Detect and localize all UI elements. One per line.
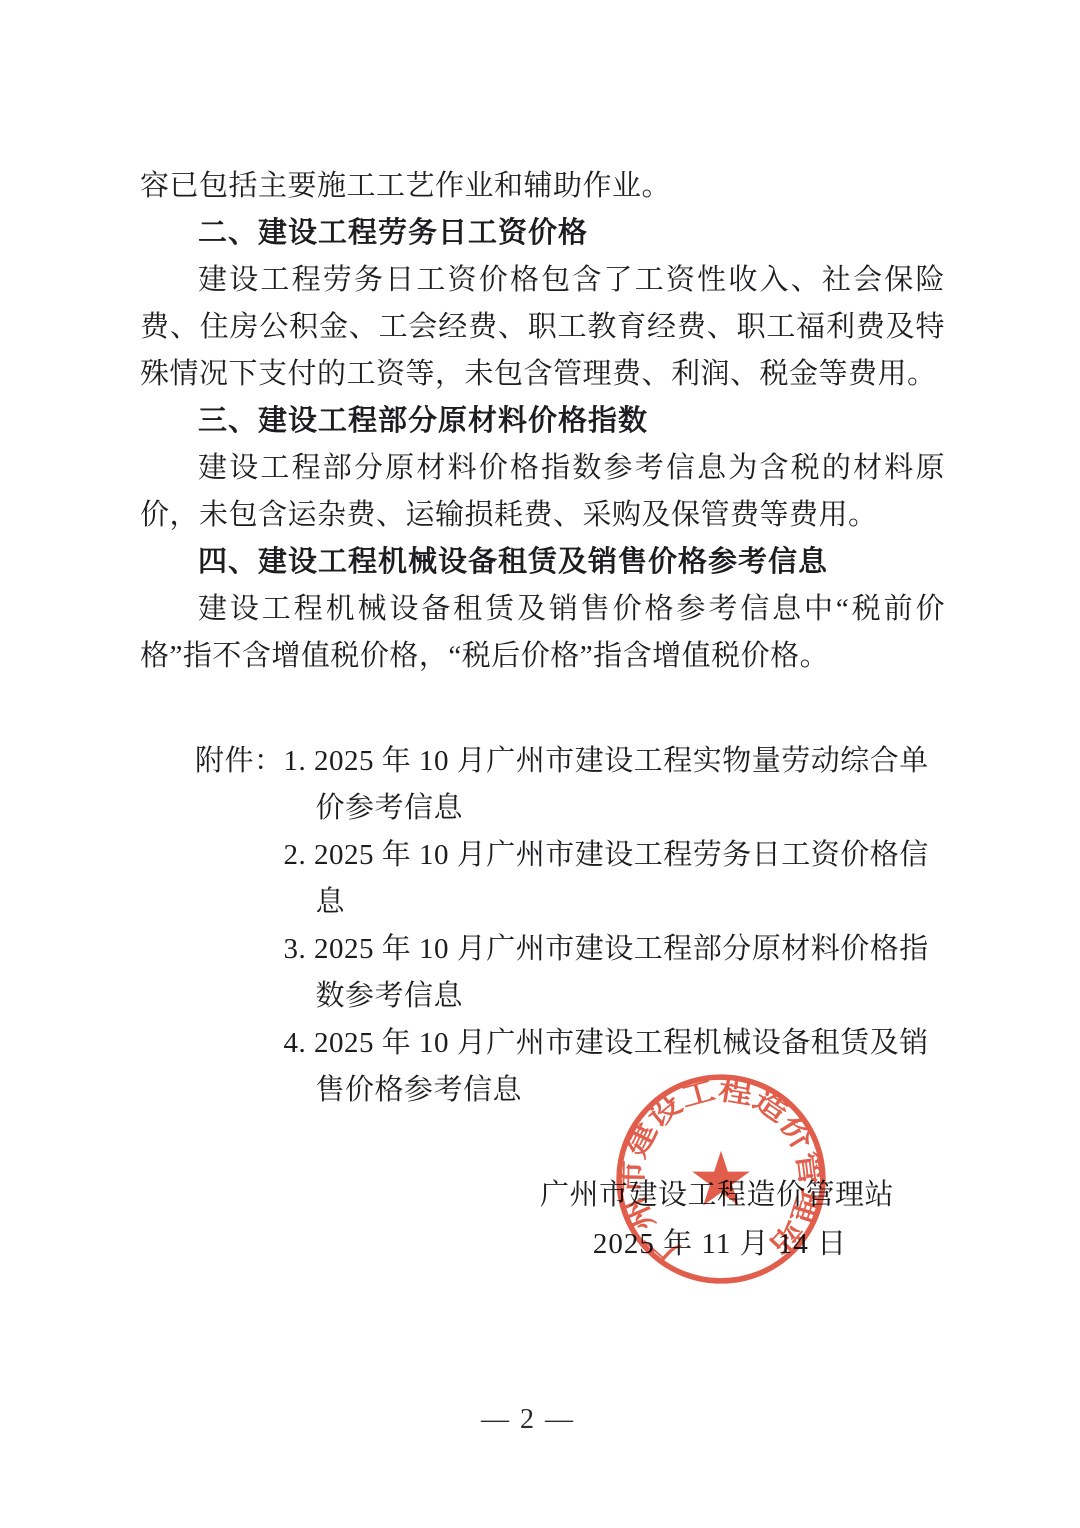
attachment-item-1: 1. 2025 年 10 月广州市建设工程实物量劳动综合单价参考信息 [284, 738, 945, 832]
document-body: 容已包括主要施工工艺作业和辅助作业。 二、建设工程劳务日工资价格 建设工程劳务日… [140, 163, 945, 1114]
page-number: — 2 — [0, 1404, 1068, 1436]
attachments-label: 附件： [195, 738, 284, 1114]
section-2-paragraph: 建设工程劳务日工资价格包含了工资性收入、社会保险费、住房公积金、工会经费、职工教… [140, 257, 945, 398]
section-2-heading: 二、建设工程劳务日工资价格 [140, 210, 945, 257]
attachments-list: 1. 2025 年 10 月广州市建设工程实物量劳动综合单价参考信息 2. 20… [284, 738, 945, 1114]
section-4-heading: 四、建设工程机械设备租赁及销售价格参考信息 [140, 539, 945, 586]
attachments-block: 附件： 1. 2025 年 10 月广州市建设工程实物量劳动综合单价参考信息 2… [140, 738, 945, 1114]
section-3-paragraph: 建设工程部分原材料价格指数参考信息为含税的材料原价，未包含运杂费、运输损耗费、采… [140, 445, 945, 539]
attachment-item-3: 3. 2025 年 10 月广州市建设工程部分原材料价格指数参考信息 [284, 926, 945, 1020]
attachment-item-2: 2. 2025 年 10 月广州市建设工程劳务日工资价格信息 [284, 832, 945, 926]
section-3-heading: 三、建设工程部分原材料价格指数 [140, 398, 945, 445]
document-page: 容已包括主要施工工艺作业和辅助作业。 二、建设工程劳务日工资价格 建设工程劳务日… [0, 0, 1080, 1528]
section-4-paragraph: 建设工程机械设备租赁及销售价格参考信息中“税前价格”指不含增值税价格，“税后价格… [140, 586, 945, 680]
paragraph-continuation: 容已包括主要施工工艺作业和辅助作业。 [140, 163, 945, 210]
seal-star-icon [692, 1151, 750, 1206]
official-seal: 广州市建设工程造价管理站 [608, 1066, 834, 1292]
